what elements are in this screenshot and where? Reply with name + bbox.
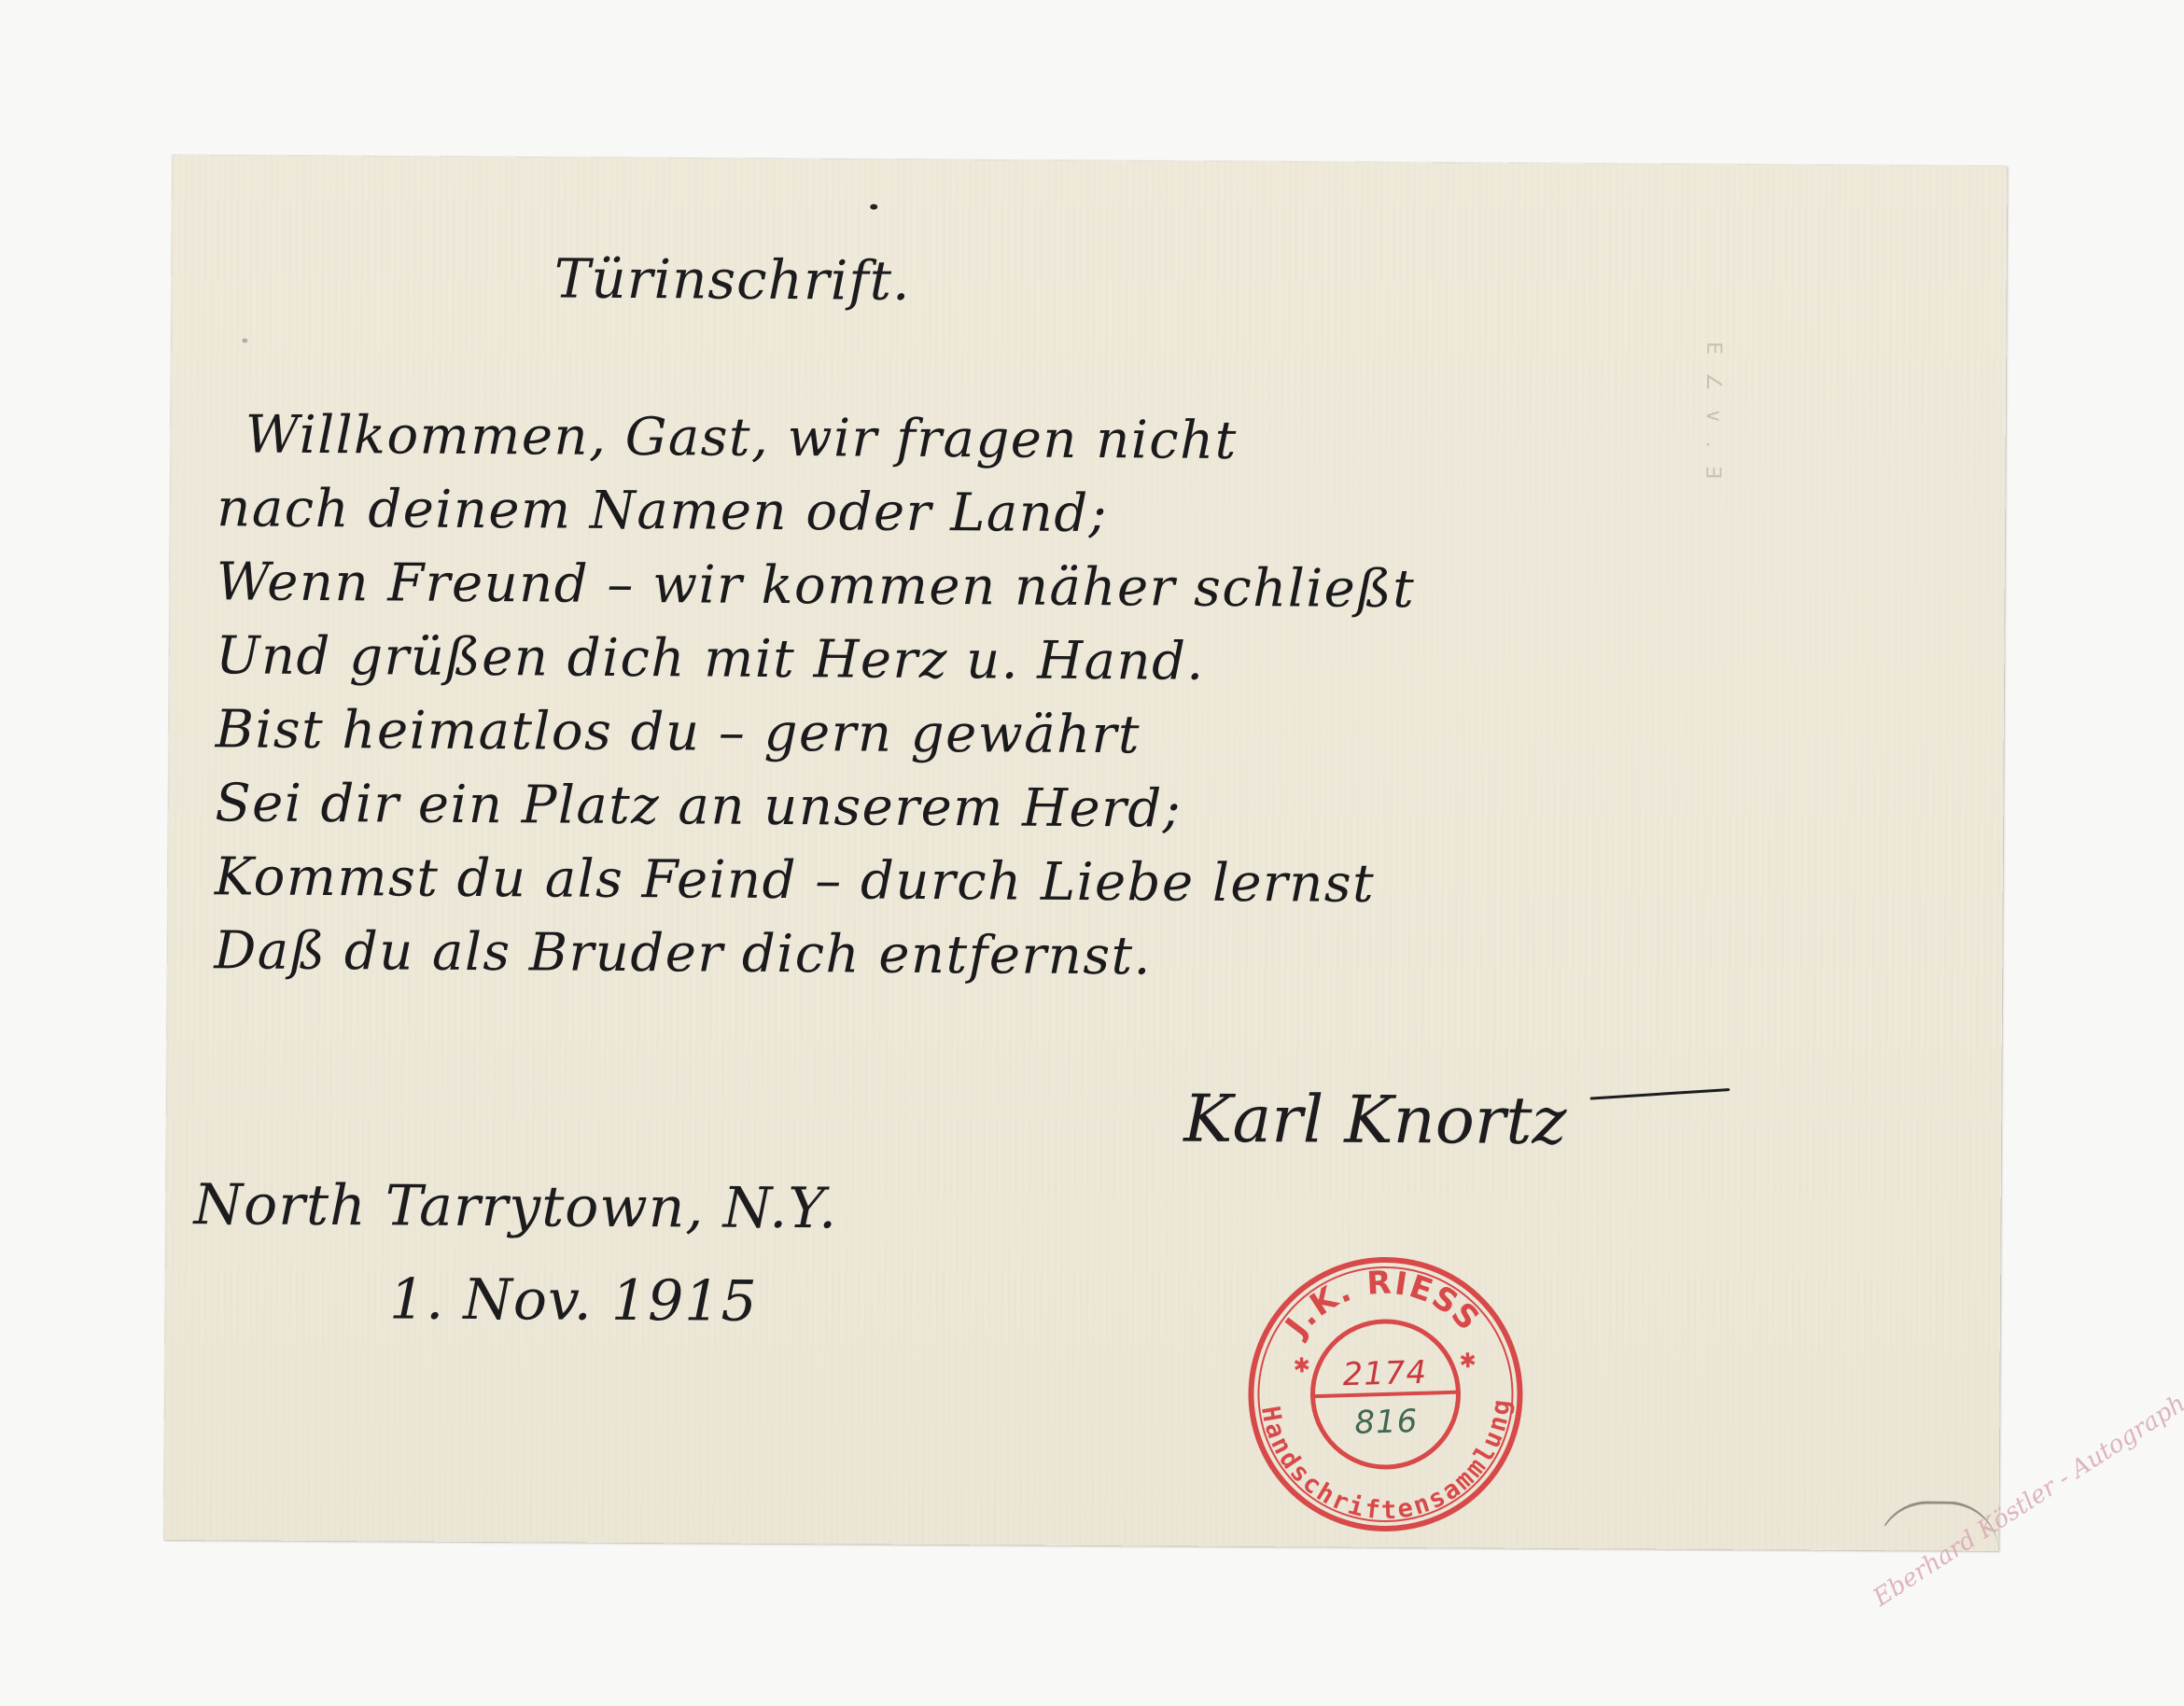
poem-line: Bist heimatlos du – gern gewährt [216,692,1415,774]
poem-line: Wenn Freund – wir kommen näher schließt [217,545,1416,626]
poem-line: Kommst du als Feind – durch Liebe lernst [215,840,1414,921]
poem-body: Willkommen, Gast, wir fragen nicht nach … [214,398,1416,995]
poem-line: Und grüßen dich mit Herz u. Hand. [216,619,1415,700]
poem-line: Willkommen, Gast, wir fragen nicht [217,398,1416,479]
place-line: North Tarrytown, N.Y. [193,1172,837,1241]
poem-line: nach deinem Namen oder Land; [217,471,1416,552]
collector-stamp: J.K. RIESS Handschriftensammlung ✱ ✱ 217… [1241,1251,1530,1539]
paper-speck [242,338,247,343]
svg-text:J.K. RIESS: J.K. RIESS [1276,1262,1489,1347]
manuscript-sheet: Türinschrift. Willkommen, Gast, wir frag… [163,155,2007,1551]
poem-line: Daß du als Bruder dich entfernst. [214,914,1413,995]
show-through-marks: E ∠ ∨ . ∃ [1701,342,1725,484]
poem-line: Sei dir ein Platz an unserem Herd; [215,766,1414,847]
signature: Karl Knortz [1183,1081,1567,1160]
poem-title: Türinschrift. [554,247,911,313]
signature-flourish [1589,1088,1729,1100]
date-line: 1. Nov. 1915 [389,1266,758,1334]
ink-dot [870,204,877,210]
